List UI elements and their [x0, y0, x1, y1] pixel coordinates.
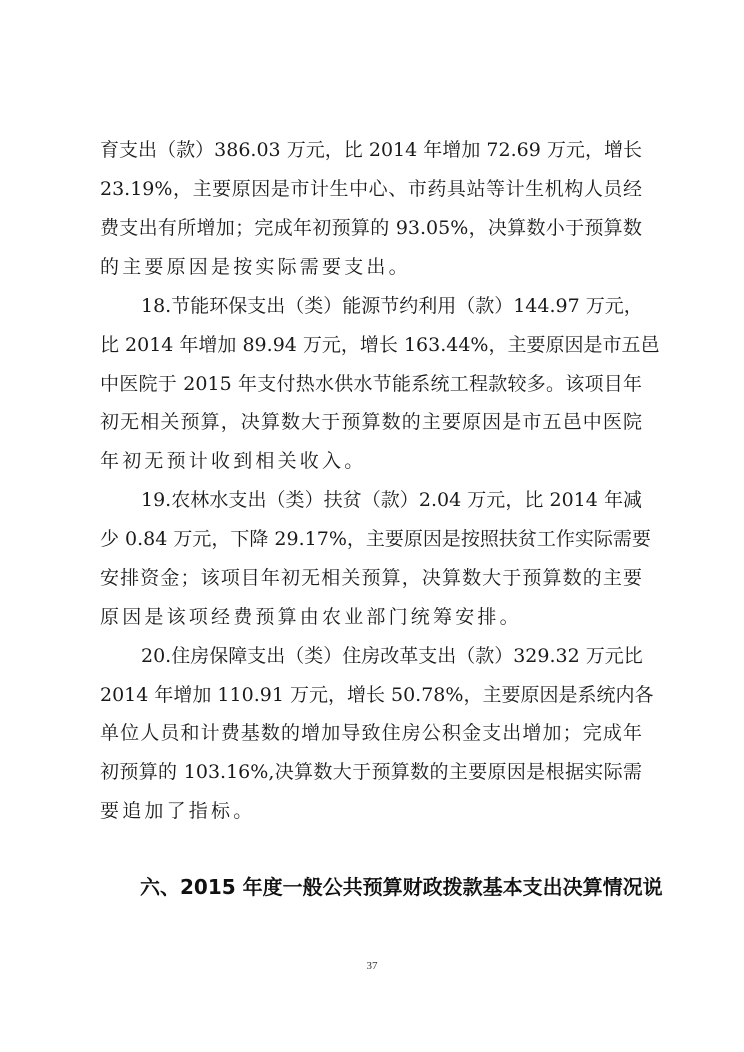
text-line: 少 0.84 万元，下降 29.17%，主要原因是按照扶贫工作实际需要	[100, 524, 642, 554]
text-line: 育支出（款）386.03 万元，比 2014 年增加 72.69 万元，增长	[100, 135, 642, 165]
text-line: 安排资金；该项目年初无相关预算，决算数大于预算数的主要	[100, 563, 642, 593]
section-heading: 六、2015 年度一般公共预算财政拨款基本支出决算情况说	[140, 871, 642, 903]
text-line: 19.农林水支出（类）扶贫（款）2.04 万元，比 2014 年减	[141, 485, 642, 515]
text-line: 2014 年增加 110.91 万元，增长 50.78%，主要原因是系统内各	[100, 680, 642, 710]
text-line: 18.节能环保支出（类）能源节约利用（款）144.97 万元，	[141, 291, 642, 321]
text-line: 单位人员和计费基数的增加导致住房公积金支出增加；完成年	[100, 718, 642, 748]
text-line: 年初无预计收到相关收入。	[100, 446, 642, 476]
document-page: 育支出（款）386.03 万元，比 2014 年增加 72.69 万元，增长 2…	[0, 0, 744, 1052]
text-line: 原因是该项经费预算由农业部门统筹安排。	[100, 602, 642, 632]
text-line: 费支出有所增加；完成年初预算的 93.05%，决算数小于预算数	[100, 213, 642, 243]
text-line: 初预算的 103.16%,决算数大于预算数的主要原因是根据实际需	[100, 757, 642, 787]
text-line: 20.住房保障支出（类）住房改革支出（款）329.32 万元比	[141, 641, 642, 671]
text-line: 23.19%，主要原因是市计生中心、市药具站等计生机构人员经	[100, 174, 642, 204]
page-number: 37	[352, 960, 392, 972]
text-line: 初无相关预算，决算数大于预算数的主要原因是市五邑中医院	[100, 407, 642, 437]
text-line: 比 2014 年增加 89.94 万元，增长 163.44%，主要原因是市五邑	[100, 330, 642, 360]
text-line: 的主要原因是按实际需要支出。	[100, 252, 642, 282]
text-line: 中医院于 2015 年支付热水供水节能系统工程款较多。该项目年	[100, 369, 642, 399]
text-line: 要追加了指标。	[100, 796, 642, 826]
